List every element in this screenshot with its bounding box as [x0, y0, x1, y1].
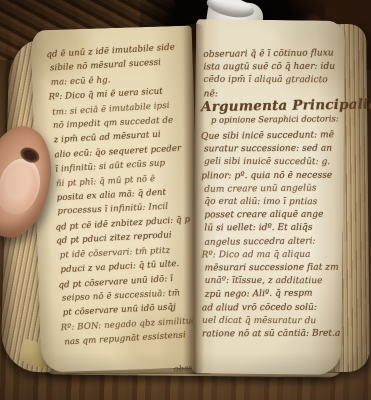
right-page: obseruari q̄ ē ī cōtinuo fluxuista augtū…: [192, 19, 345, 375]
thumbnail: [0, 154, 47, 220]
right-page-text-top: obseruari q̄ ē ī cōtinuo fluxuista augtū…: [203, 48, 341, 102]
handwritten-line: ratione nō at sū cāntiā: Bret.a: [202, 328, 340, 342]
left-page-text: qd ē unū z idē imutabile side sibile nō …: [46, 40, 200, 349]
handwritten-line: Rº: Dico ad ma q̄ aliqua: [202, 248, 340, 262]
handwritten-line: uel dicat q̄ mēsuratur du: [202, 315, 340, 329]
handwritten-line: dum creare unū angelūs: [201, 182, 339, 197]
handwritten-line: ista augtū suē cō q̄ haer: idu: [203, 61, 341, 75]
section-heading: Argumenta Principalia: [201, 97, 341, 115]
handwritten-line: q̄o erat aliū: imo ī pntias: [201, 196, 339, 210]
handwritten-line: mēsurari successione fiat zm: [202, 262, 340, 276]
handwritten-line: suratur successione: sed an: [201, 143, 339, 157]
section-subheading: p opinione Seraphici doctoris:: [211, 113, 341, 125]
handwritten-line: angelus succedra alteri:: [201, 235, 339, 250]
handwritten-line: plinor: pº. quia nō ē necesse: [201, 169, 339, 183]
manuscript-photo-scene: qd ē unū z idē imutabile side sibile nō …: [0, 0, 371, 400]
handwritten-line: Que sibi inicē succedunt: mē: [201, 129, 339, 144]
handwritten-line: ad aliud vrō cōcedo solū:: [202, 301, 340, 315]
right-page-text: Que sibi inicē succedunt: mē suratur suc…: [201, 130, 340, 342]
gutter-shadow: [183, 24, 205, 374]
handwritten-line: geli sibi inuicē succedūt: g.: [201, 156, 339, 170]
left-page: qd ē unū z idē imutabile side sibile nō …: [31, 26, 203, 373]
handwritten-line: posset creare aliquē ange: [201, 209, 339, 223]
handwritten-line: lū si uellet: idº. Et aliq̄s: [201, 222, 339, 236]
handwritten-line: zpū nego: Aliº. q̄ respm: [202, 288, 340, 303]
handwritten-line: cēdo ipm̄ ī aliquā gtradicto: [204, 74, 342, 88]
bookmark-roll-opening: [205, 0, 256, 21]
handwritten-line: obseruari q̄ ē ī cōtinuo fluxu: [203, 47, 341, 62]
